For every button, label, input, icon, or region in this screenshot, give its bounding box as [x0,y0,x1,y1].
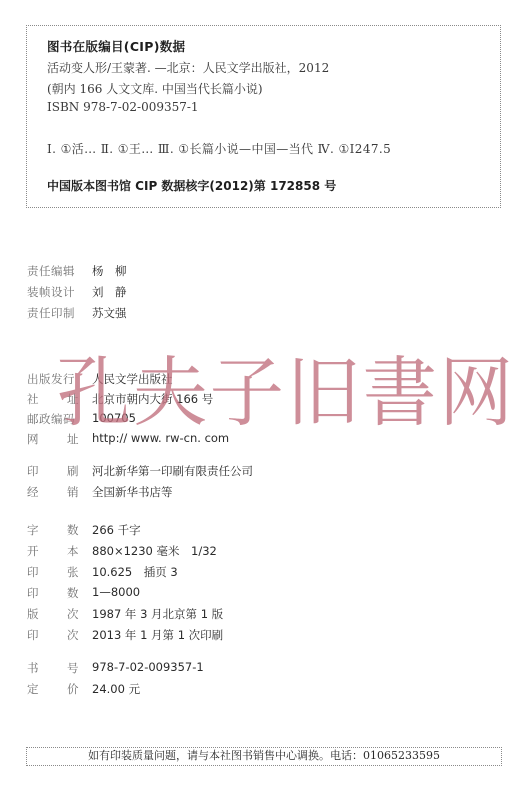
label-char: 销 [67,484,79,500]
cip-series-line: (朝内 166 人文文库. 中国当代长篇小说) [47,80,263,97]
label-char: 印 [27,585,39,601]
label-char: 址 [67,391,79,407]
label-char: 价 [67,681,79,697]
cip-data-box: 图书在版编目(CIP)数据 活动变人形/王蒙著. —北京：人民文学出版社，201… [26,25,501,208]
label-char: 数 [67,585,79,601]
isbn-value: 978-7-02-009357-1 [92,660,204,674]
label-char: 书 [27,660,39,676]
label-char: 版 [27,606,39,622]
price-value: 24.00 元 [92,681,140,697]
website-link[interactable]: http:// www. rw-cn. com [92,431,229,445]
spec-label: 印 次 [27,627,79,643]
label-char: 字 [27,522,39,538]
label-char: 张 [67,564,79,580]
website-label: 网 址 [27,431,79,447]
address-label: 社 址 [27,391,79,407]
cip-classification: Ⅰ. ①活… Ⅱ. ①王… Ⅲ. ①长篇小说—中国—当代 Ⅳ. ①I247.5 [47,140,391,157]
cip-book-line: 活动变人形/王蒙著. —北京：人民文学出版社，2012 [47,59,329,76]
spec-value: 2013 年 1 月第 1 次印刷 [92,627,223,643]
spec-value: 1987 年 3 月北京第 1 版 [92,606,223,622]
spec-value: 1—8000 [92,585,140,599]
label-char: 经 [27,484,39,500]
spec-value: 10.625 插页 3 [92,564,178,580]
address-value: 北京市朝内大街 166 号 [92,391,213,407]
label-char: 本 [67,543,79,559]
label-char: 开 [27,543,39,559]
staff-value: 杨 柳 [92,263,127,279]
distributor-value: 全国新华书店等 [92,484,173,500]
label-char: 刷 [67,463,79,479]
price-label: 定 价 [27,681,79,697]
cip-number: 中国版本图书馆 CIP 数据核字(2012)第 172858 号 [47,177,336,194]
spec-label: 字 数 [27,522,79,538]
quality-notice: 如有印装质量问题，请与本社图书销售中心调换。电话：01065233595 [26,747,502,766]
spec-label: 印 张 [27,564,79,580]
staff-value: 苏文强 [92,305,127,321]
label-char: 社 [27,391,39,407]
label-char: 印 [27,564,39,580]
distributor-label: 经 销 [27,484,79,500]
label-char: 数 [67,522,79,538]
cip-title: 图书在版编目(CIP)数据 [47,37,185,55]
label-char: 定 [27,681,39,697]
publisher-value: 人民文学出版社 [92,371,173,387]
label-char: 次 [67,627,79,643]
spec-label: 印 数 [27,585,79,601]
postcode-label: 邮政编码 [27,411,87,427]
spec-value: 266 千字 [92,522,141,538]
cip-isbn-line: ISBN 978-7-02-009357-1 [47,100,199,114]
staff-label: 责任编辑 [27,263,87,279]
staff-value: 刘 静 [92,284,127,300]
label-char: 网 [27,431,39,447]
spec-label: 版 次 [27,606,79,622]
staff-label: 装帧设计 [27,284,87,300]
spec-label: 开 本 [27,543,79,559]
label-char: 印 [27,627,39,643]
isbn-label: 书 号 [27,660,79,676]
label-char: 址 [67,431,79,447]
label-char: 印 [27,463,39,479]
label-char: 次 [67,606,79,622]
printer-value: 河北新华第一印刷有限责任公司 [92,463,253,479]
staff-label: 责任印制 [27,305,87,321]
postcode-value: 100705 [92,411,136,425]
printer-label: 印 刷 [27,463,79,479]
label-char: 号 [67,660,79,676]
publisher-label: 出版发行 [27,371,87,387]
spec-value: 880×1230 毫米 1/32 [92,543,217,559]
